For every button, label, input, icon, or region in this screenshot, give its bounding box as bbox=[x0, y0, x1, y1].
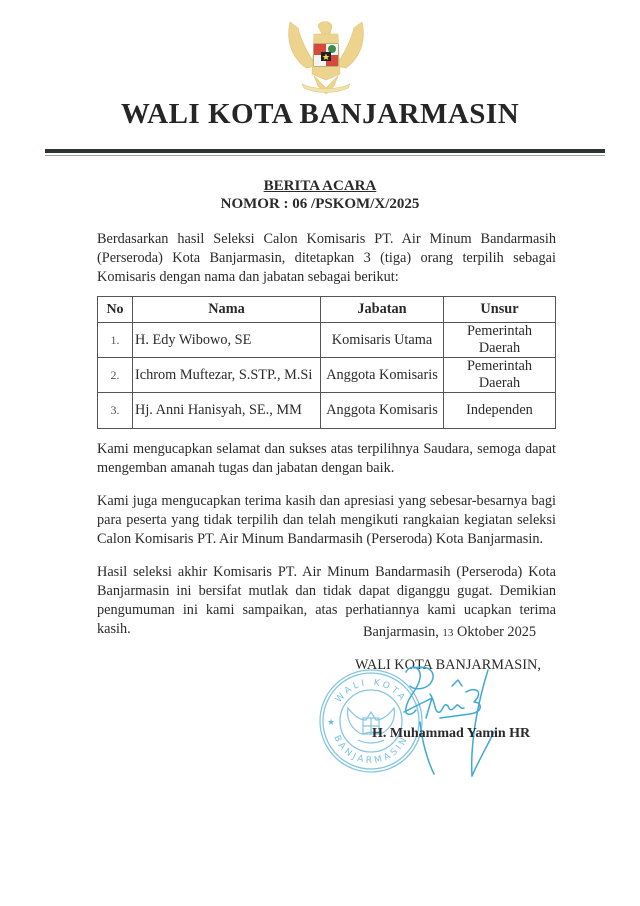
column-header-nama: Nama bbox=[133, 297, 321, 323]
place: Banjarmasin, bbox=[363, 624, 439, 640]
cell-nama: Hj. Anni Hanisyah, SE., MM bbox=[133, 393, 321, 429]
congratulations-paragraph: Kami mengucapkan selamat dan sukses atas… bbox=[97, 440, 556, 478]
column-header-jabatan: Jabatan bbox=[321, 297, 444, 323]
svg-text:WALI KOTA: WALI KOTA bbox=[334, 678, 408, 705]
header-divider bbox=[45, 149, 605, 153]
column-header-unsur: Unsur bbox=[444, 297, 556, 323]
document-number: NOMOR : 06 /PSKOM/X/2025 bbox=[0, 196, 640, 213]
cell-no: 1. bbox=[98, 323, 133, 358]
month-year: Oktober 2025 bbox=[457, 624, 536, 640]
cell-unsur: Independen bbox=[444, 393, 556, 429]
thanks-paragraph: Kami juga mengucapkan terima kasih dan a… bbox=[97, 492, 556, 549]
cell-no: 3. bbox=[98, 393, 133, 429]
header-title: WALI KOTA BANJARMASIN bbox=[0, 98, 640, 131]
cell-nama: H. Edy Wibowo, SE bbox=[133, 323, 321, 358]
intro-paragraph: Berdasarkan hasil Seleksi Calon Komisari… bbox=[97, 230, 556, 287]
cell-no: 2. bbox=[98, 358, 133, 393]
place-date: Banjarmasin, 13 Oktober 2025 bbox=[363, 624, 536, 641]
cell-jabatan: Komisaris Utama bbox=[321, 323, 444, 358]
day: 13 bbox=[442, 627, 453, 639]
table-header-row: No Nama Jabatan Unsur bbox=[98, 297, 556, 323]
garuda-emblem-icon bbox=[284, 16, 368, 98]
cell-unsur: Pemerintah Daerah bbox=[444, 358, 556, 393]
table-row: 2. Ichrom Muftezar, S.STP., M.Si Anggota… bbox=[98, 358, 556, 393]
stamp-top-text: WALI KOTA bbox=[334, 678, 408, 705]
cell-jabatan: Anggota Komisaris bbox=[321, 393, 444, 429]
signer-name: H. Muhammad Yamin HR bbox=[372, 726, 530, 742]
cell-jabatan: Anggota Komisaris bbox=[321, 358, 444, 393]
svg-text:★: ★ bbox=[327, 717, 335, 727]
column-header-no: No bbox=[98, 297, 133, 323]
signature-icon bbox=[400, 662, 510, 782]
document-title: BERITA ACARA bbox=[0, 178, 640, 195]
table-row: 3. Hj. Anni Hanisyah, SE., MM Anggota Ko… bbox=[98, 393, 556, 429]
table-row: 1. H. Edy Wibowo, SE Komisaris Utama Pem… bbox=[98, 323, 556, 358]
commissioner-table: No Nama Jabatan Unsur 1. H. Edy Wibowo, … bbox=[97, 296, 556, 429]
header-divider-thin bbox=[45, 155, 605, 156]
cell-nama: Ichrom Muftezar, S.STP., M.Si bbox=[133, 358, 321, 393]
cell-unsur: Pemerintah Daerah bbox=[444, 323, 556, 358]
